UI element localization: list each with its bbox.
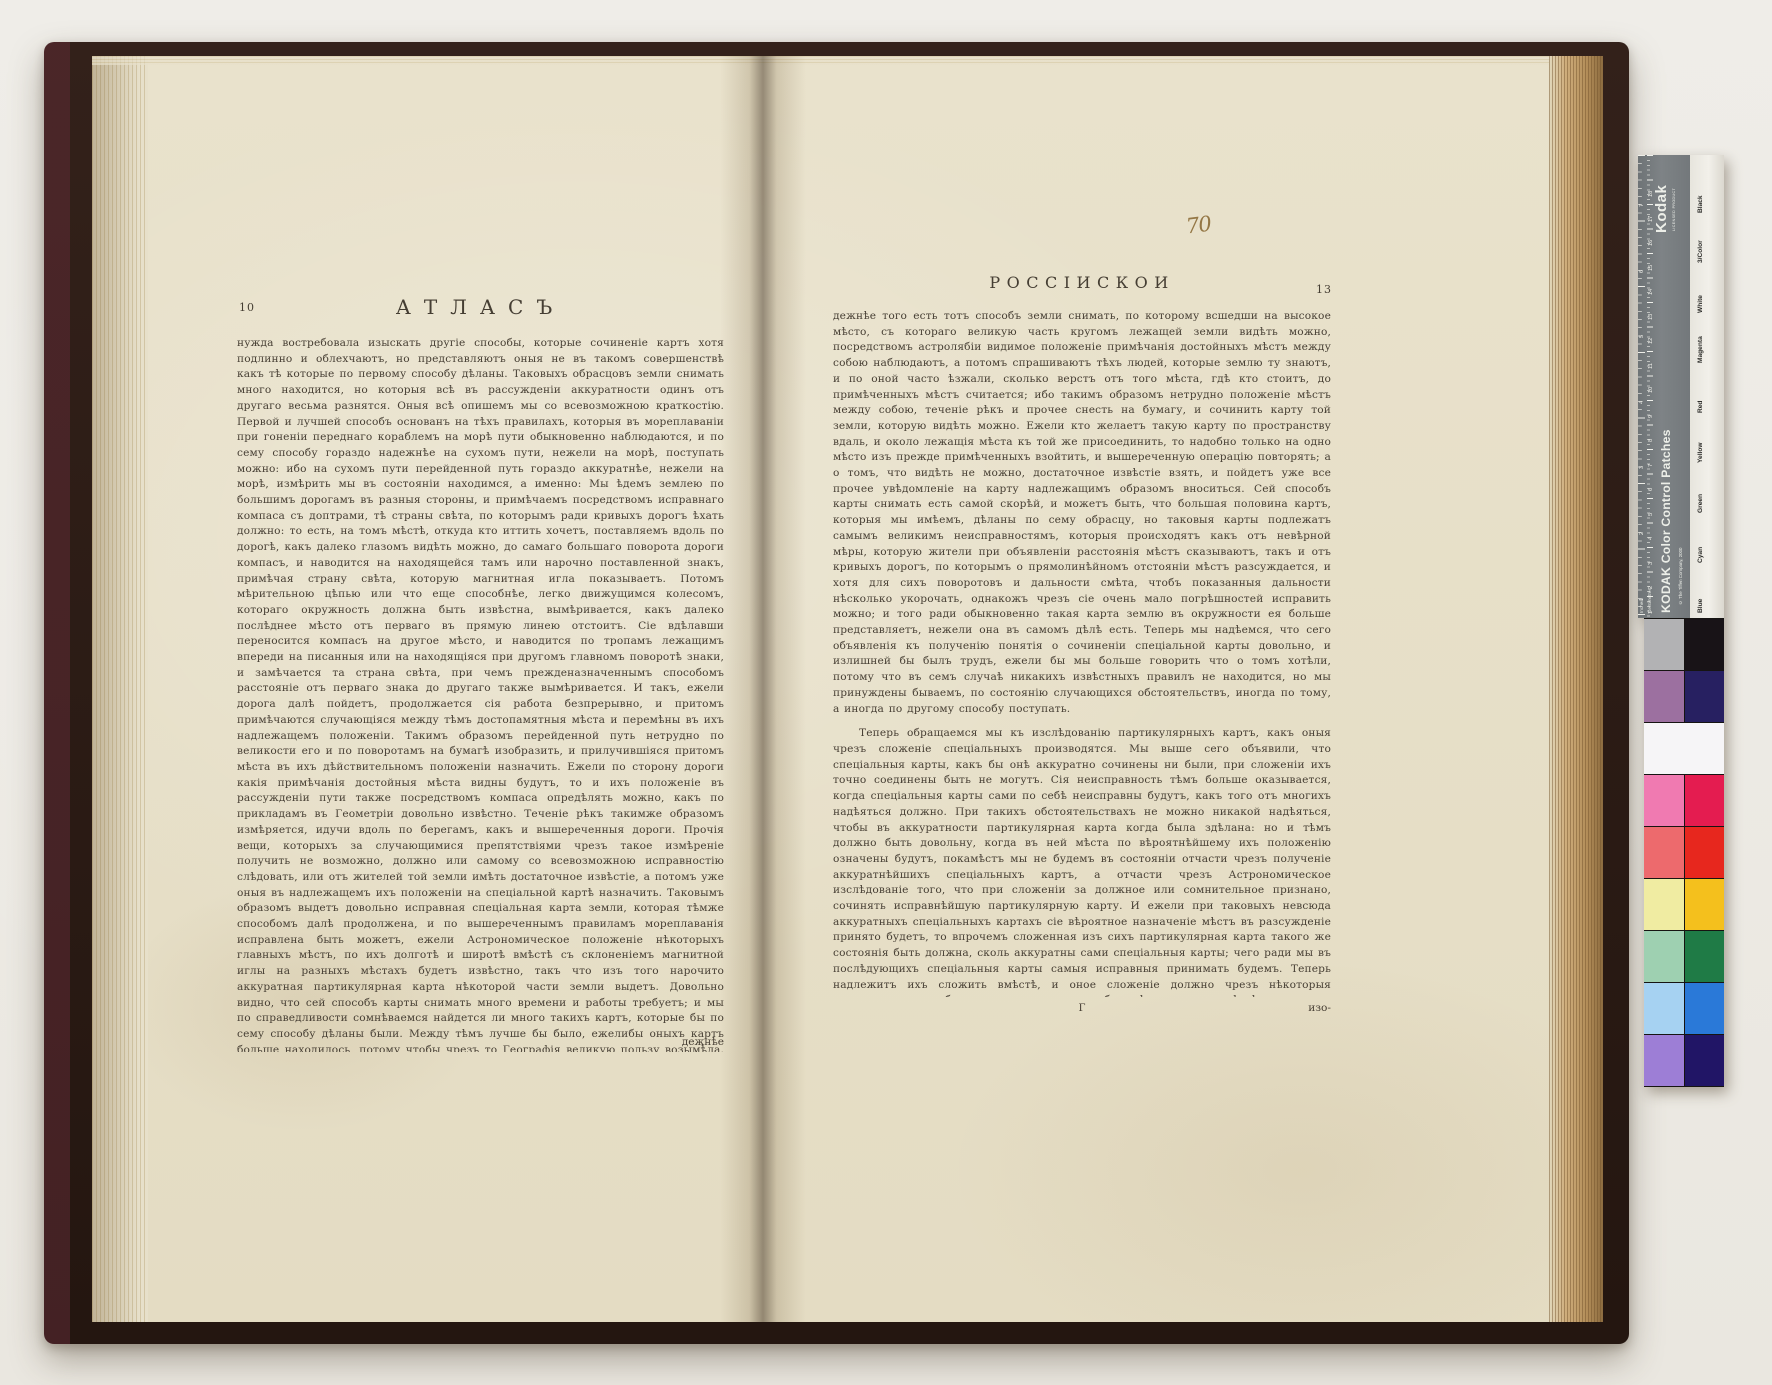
inch-number: 7 xyxy=(1639,195,1645,207)
cm-number: 17 xyxy=(1648,210,1654,222)
cm-number: 18 xyxy=(1648,185,1654,197)
strip-title: KODAK Color Control Patches xyxy=(1659,401,1673,613)
patch-white xyxy=(1644,723,1724,774)
patch-name-red: Red xyxy=(1697,369,1704,413)
patch-row xyxy=(1644,723,1724,774)
kodak-licensed-product-label: LICENSED PRODUCT xyxy=(1672,169,1676,231)
cm-number: 2 xyxy=(1648,577,1654,589)
cm-number: 3 xyxy=(1648,553,1654,565)
book-gutter xyxy=(720,56,806,1322)
patch-crimson xyxy=(1685,775,1725,826)
patch-row xyxy=(1644,931,1724,982)
patch-mauve xyxy=(1644,671,1684,722)
left-catchword: дежнѣе xyxy=(237,1036,724,1048)
right-paragraph-2: Теперь обращаемся мы къ изслѣдованію пар… xyxy=(833,726,1331,997)
right-page-text: дежнѣе того есть тотъ способъ земли сним… xyxy=(833,309,1331,997)
cm-number: 1 xyxy=(1648,602,1654,614)
patch-gold-yellow xyxy=(1685,879,1725,930)
page-stack-edge-left xyxy=(92,56,148,1322)
cm-number: 11 xyxy=(1648,357,1654,369)
left-page-text: нужда востребовала изыскать другіе спосо… xyxy=(237,336,724,1052)
patch-name-magenta: Magenta xyxy=(1697,319,1704,363)
patch-row xyxy=(1644,879,1724,930)
patch-salmon xyxy=(1644,827,1684,878)
patch-lavender xyxy=(1644,1035,1684,1086)
patch-gray xyxy=(1644,619,1684,670)
patch-name-black: Black xyxy=(1697,169,1704,213)
patch-black xyxy=(1685,619,1725,670)
patch-dark-navy xyxy=(1685,1035,1725,1086)
patch-blue xyxy=(1685,983,1725,1034)
patch-name-green: Green xyxy=(1697,469,1704,513)
cm-number: 6 xyxy=(1648,479,1654,491)
patch-card-edge: Black3/ColorWhiteMagentaRedYellowGreenCy… xyxy=(1690,155,1724,618)
inch-number: 5 xyxy=(1639,326,1645,338)
kodak-logo: Kodak xyxy=(1653,167,1670,233)
patch-name-yellow: Yellow xyxy=(1697,419,1704,463)
right-catchword: изо- xyxy=(1308,1002,1331,1014)
right-page-number: 13 xyxy=(1316,283,1332,296)
patch-name-cyan: Cyan xyxy=(1697,519,1704,563)
right-paragraph-1: дежнѣе того есть тотъ способъ земли сним… xyxy=(833,309,1331,717)
patch-green xyxy=(1685,931,1725,982)
patch-grid xyxy=(1644,618,1724,1087)
cm-number: 15 xyxy=(1648,259,1654,271)
patch-row xyxy=(1644,827,1724,878)
left-running-header: АТЛАСЪ xyxy=(237,295,724,319)
patch-row xyxy=(1644,619,1724,670)
handwritten-folio-number: 70 xyxy=(1185,212,1212,239)
inch-number: 1 xyxy=(1639,589,1645,601)
patch-name-3color: 3/Color xyxy=(1697,219,1704,263)
patch-light-blue xyxy=(1644,983,1684,1034)
cm-number: 14 xyxy=(1648,283,1654,295)
right-running-header: РОССІИСКОИ xyxy=(833,273,1331,292)
cm-number: 4 xyxy=(1648,528,1654,540)
patch-red xyxy=(1685,827,1725,878)
gathering-signature: Г xyxy=(833,1002,1331,1014)
inch-tick-marks xyxy=(1638,155,1645,618)
inch-number: 4 xyxy=(1639,392,1645,404)
cm-number: 13 xyxy=(1648,308,1654,320)
kodak-ruler: Kodak LICENSED PRODUCT KODAK Color Contr… xyxy=(1638,155,1690,618)
kodak-color-control-strip: Kodak LICENSED PRODUCT KODAK Color Contr… xyxy=(1638,155,1724,1086)
page-stack-edge-top xyxy=(92,56,1603,65)
patch-mint xyxy=(1644,931,1684,982)
cm-number: 5 xyxy=(1648,504,1654,516)
cm-number: 9 xyxy=(1648,406,1654,418)
patch-name-blue: Blue xyxy=(1697,569,1704,613)
strip-copyright: © The Tiffen Company, 2000 xyxy=(1678,455,1683,605)
patch-row xyxy=(1644,671,1724,722)
patch-row xyxy=(1644,775,1724,826)
cm-number: 7 xyxy=(1648,455,1654,467)
inch-number: 2 xyxy=(1639,523,1645,535)
patch-row xyxy=(1644,1035,1724,1086)
cm-number: 8 xyxy=(1648,430,1654,442)
photo-scene: 10 АТЛАСЪ нужда востребовала изыскать др… xyxy=(0,0,1772,1385)
patch-pale-yellow xyxy=(1644,879,1684,930)
book-fore-edge xyxy=(1549,56,1603,1322)
cm-number: 16 xyxy=(1648,234,1654,246)
cm-number: 12 xyxy=(1648,332,1654,344)
patch-name-white: White xyxy=(1697,269,1704,313)
inch-number: 3 xyxy=(1639,457,1645,469)
inch-number: 6 xyxy=(1639,261,1645,273)
patch-pink xyxy=(1644,775,1684,826)
cm-number: 10 xyxy=(1648,381,1654,393)
patch-row xyxy=(1644,983,1724,1034)
patch-dark-blue-violet xyxy=(1685,671,1725,722)
